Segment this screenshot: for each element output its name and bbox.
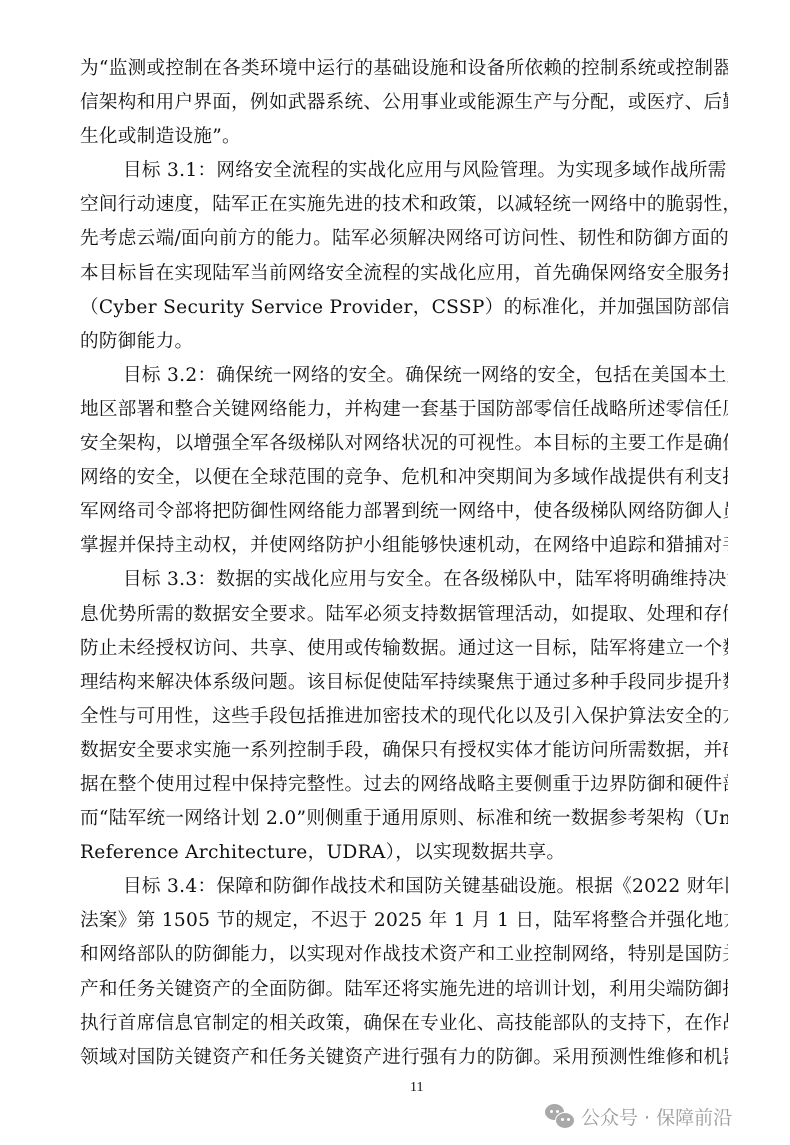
text-line: （Cyber Security Service Provider，CSSP）的标… <box>80 293 728 327</box>
text-line: 产和任务关键资产的全面防御。陆军还将实施先进的培训计划，利用尖端防御技术， <box>80 975 728 1009</box>
text-line: 理结构来解决体系级问题。该目标促使陆军持续聚焦于通过多种手段同步提升数据安 <box>80 668 728 702</box>
text-line: 本目标旨在实现陆军当前网络安全流程的实战化应用，首先确保网络安全服务提供方 <box>80 259 728 293</box>
watermark-text: 公众号 · 保障前沿 <box>581 1103 732 1130</box>
text-line: 防止未经授权访问、共享、使用或传输数据。通过这一目标，陆军将建立一个数据治 <box>80 634 728 668</box>
text-line: 据在整个使用过程中保持完整性。过去的网络战略主要侧重于边界防御和硬件部署， <box>80 770 728 804</box>
text-line: 全性与可用性，这些手段包括推进加密技术的现代化以及引入保护算法安全的方法。 <box>80 702 728 736</box>
text-line: 领域对国防关键资产和任务关键资产进行强有力的防御。采用预测性维修和机器学习 <box>80 1043 728 1077</box>
text-line: 目标 3.2：确保统一网络的安全。确保统一网络的安全，包括在美国本土及海外 <box>80 361 728 395</box>
text-line: 而“陆军统一网络计划 2.0”则侧重于通用原则、标准和统一数据参考架构（Unif… <box>80 804 728 838</box>
text-line: 数据安全要求实施一系列控制手段，确保只有授权实体才能访问所需数据，并确保数 <box>80 736 728 770</box>
text-line: 先考虑云端/面向前方的能力。陆军必须解决网络可访问性、韧性和防御方面的需求。 <box>80 224 728 258</box>
document-page: 为“监测或控制在各类环境中运行的基础设施和设备所依赖的控制系统或控制器、通 信架… <box>80 54 728 1077</box>
text-line: 目标 3.3：数据的实战化应用与安全。在各级梯队中，陆军将明确维持决策和信 <box>80 565 728 599</box>
text-line: 安全架构，以增强全军各级梯队对网络状况的可视性。本目标的主要工作是确保统一 <box>80 429 728 463</box>
watermark: 公众号 · 保障前沿 <box>545 1103 732 1130</box>
text-line: 法案》第 1505 节的规定，不迟于 2025 年 1 月 1 日，陆军将整合并… <box>80 906 728 940</box>
paragraph-continuation: 为“监测或控制在各类环境中运行的基础设施和设备所依赖的控制系统或控制器、通 信架… <box>80 54 728 156</box>
text-line: 的防御能力。 <box>80 327 728 361</box>
page-number: 11 <box>410 1080 423 1096</box>
text-line: 目标 3.1：网络安全流程的实战化应用与风险管理。为实现多域作战所需的网络 <box>80 156 728 190</box>
text-line: 空间行动速度，陆军正在实施先进的技术和政策，以减轻统一网络中的脆弱性，并优 <box>80 190 728 224</box>
text-line: 息优势所需的数据安全要求。陆军必须支持数据管理活动，如提取、处理和存储，并 <box>80 600 728 634</box>
text-line: 生化或制造设施”。 <box>80 122 728 156</box>
text-line: 信架构和用户界面，例如武器系统、公用事业或能源生产与分配，或医疗、后勤、核 <box>80 88 728 122</box>
wechat-icon <box>545 1104 575 1130</box>
paragraph-goal-3-1: 目标 3.1：网络安全流程的实战化应用与风险管理。为实现多域作战所需的网络 空间… <box>80 156 728 361</box>
text-line: 执行首席信息官制定的相关政策，确保在专业化、高技能部队的支持下，在作战技术 <box>80 1009 728 1043</box>
text-line: 网络的安全，以便在全球范围的竞争、危机和冲突期间为多域作战提供有利支持。陆 <box>80 463 728 497</box>
paragraph-goal-3-4: 目标 3.4：保障和防御作战技术和国防关键基础设施。根据《2022 财年国防授权… <box>80 872 728 1077</box>
text-line: 军网络司令部将把防御性网络能力部署到统一网络中，使各级梯队网络防御人员能够 <box>80 497 728 531</box>
text-line: 目标 3.4：保障和防御作战技术和国防关键基础设施。根据《2022 财年国防授权 <box>80 872 728 906</box>
text-line: 掌握并保持主动权，并使网络防护小组能够快速机动，在网络中追踪和猎捕对手。 <box>80 531 728 565</box>
text-line: 和网络部队的防御能力，以实现对作战技术资产和工业控制网络，特别是国防关键资 <box>80 940 728 974</box>
text-line: Reference Architecture，UDRA），以实现数据共享。 <box>80 838 728 872</box>
paragraph-goal-3-3: 目标 3.3：数据的实战化应用与安全。在各级梯队中，陆军将明确维持决策和信 息优… <box>80 565 728 872</box>
paragraph-goal-3-2: 目标 3.2：确保统一网络的安全。确保统一网络的安全，包括在美国本土及海外 地区… <box>80 361 728 566</box>
text-line: 地区部署和整合关键网络能力，并构建一套基于国防部零信任战略所述零信任原则的 <box>80 395 728 429</box>
text-line: 为“监测或控制在各类环境中运行的基础设施和设备所依赖的控制系统或控制器、通 <box>80 54 728 88</box>
